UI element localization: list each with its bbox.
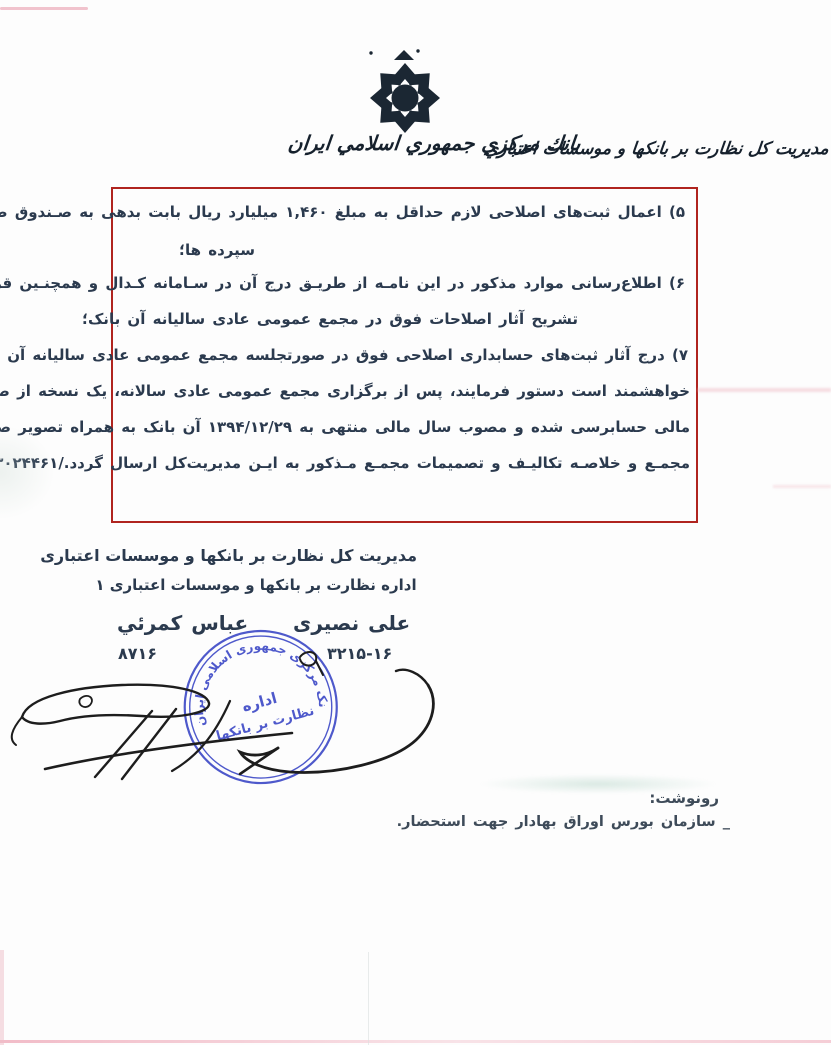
cc-label: رونوشت: (649, 787, 719, 809)
letterhead-bank-name: بانك مركزي جمهوري اسلامي ايران (287, 131, 582, 155)
scan-streak-left-edge (0, 950, 4, 1045)
scan-streak-right-1 (698, 388, 831, 392)
scan-line-bottom (0, 1040, 831, 1043)
body-item7-line1: ۷) درج آثار ثبت‌های حسابداری اصلاحی فوق … (0, 344, 688, 366)
signature-dept-line2: اداره نظارت بر بانکها و موسسات اعتباری ۱ (95, 576, 417, 594)
body-closing-line1: خواهشمند است دستور فرمایند، پس از برگزار… (0, 380, 690, 402)
central-bank-emblem-icon (360, 46, 452, 142)
body-closing-line3: مجمـع و خلاصـه تکالیـف و تصمیمات مجمـع م… (0, 452, 690, 474)
signature-dept-line1: مدیریت کل نظارت بر بانکها و موسسات اعتبا… (95, 546, 417, 565)
signer-name-left: عباس کمرئي (117, 612, 248, 634)
scan-streak-right-2 (773, 485, 831, 488)
scanned-letter-page: مديريت كل نظارت بر بانكها و موسسات اعتبا… (0, 0, 831, 1045)
handwritten-signatures (0, 645, 470, 810)
body-item5-line1: ۵) اعمال ثبت‌های اصلاحی لازم حداقل به مب… (0, 201, 685, 223)
scan-line-top-left (0, 7, 88, 10)
scan-fold-line (368, 952, 369, 1045)
body-item5-line2: سپرده ها؛ (179, 239, 255, 261)
cc-item: _ سازمان بورس اوراق بهادار جهت استحضار. (397, 811, 730, 833)
body-item6-line1: ۶) اطلاع‌رسانی موارد مذکور در این نامـه … (0, 272, 685, 294)
body-item6-line2: تشریح آثار اصلاحات فوق در مجمع عمومی عاد… (82, 308, 578, 330)
body-closing-line2: مالی حسابرسی شده و مصوب سال مالی منتهی ب… (0, 416, 690, 438)
